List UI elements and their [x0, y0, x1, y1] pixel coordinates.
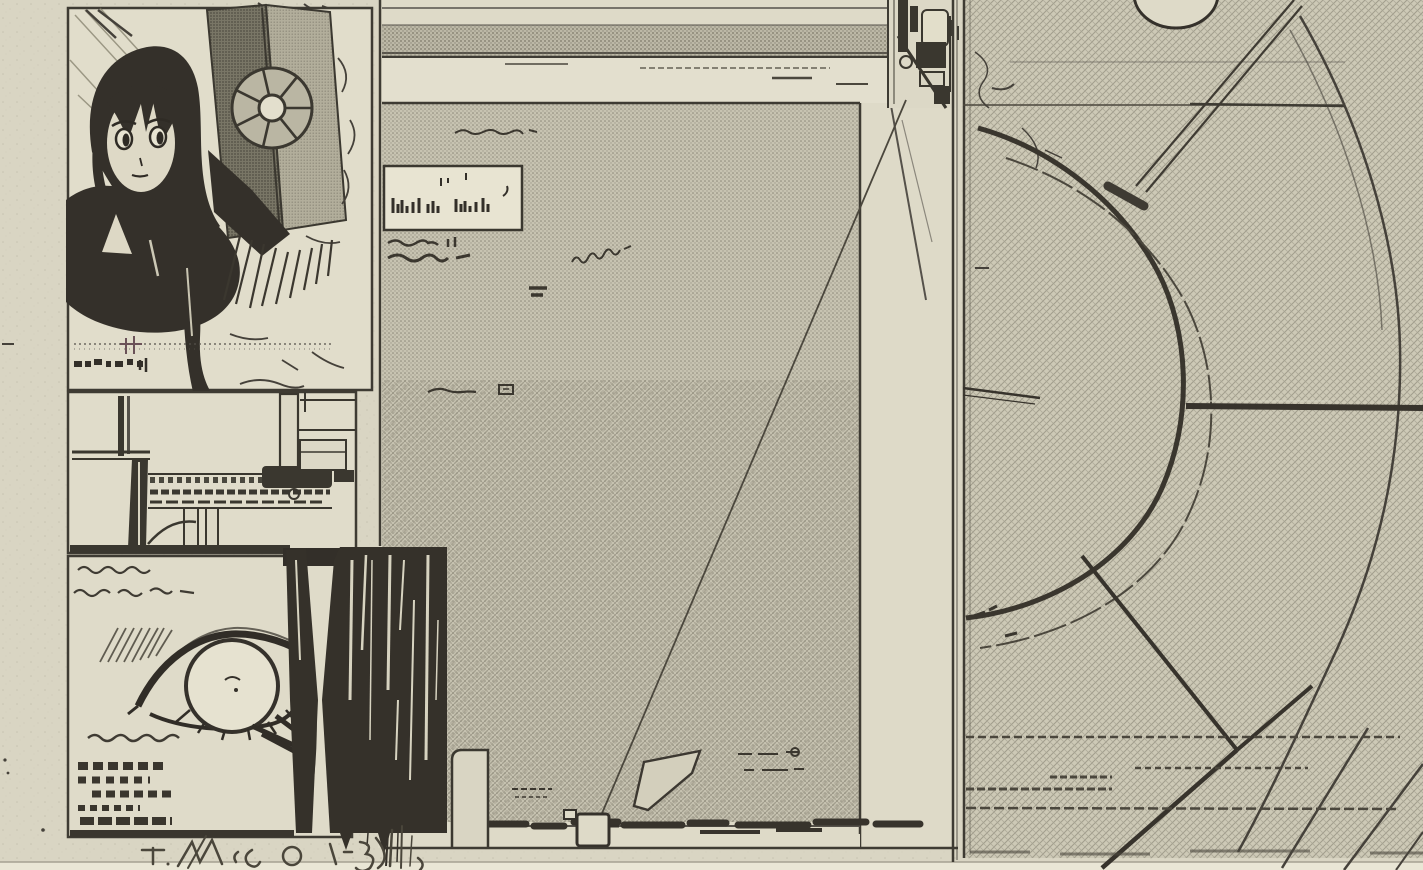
- manga-page-scan: Scanned black-and-white manga page print…: [0, 0, 1423, 870]
- dark-drapes: [283, 547, 447, 866]
- panel-machinery: [68, 392, 356, 553]
- blank-sign: [384, 166, 522, 230]
- panel-ring: [952, 0, 1423, 870]
- iris: [186, 640, 278, 732]
- panel-room: [378, 0, 958, 862]
- ceiling-machinery: [888, 0, 956, 108]
- room-top-band: [382, 25, 888, 57]
- corner-pillar: [452, 750, 488, 848]
- rosette-window: [232, 68, 312, 148]
- artwork-canvas: [0, 0, 1423, 870]
- panel-portrait: [66, 5, 372, 398]
- base-band: [70, 545, 290, 553]
